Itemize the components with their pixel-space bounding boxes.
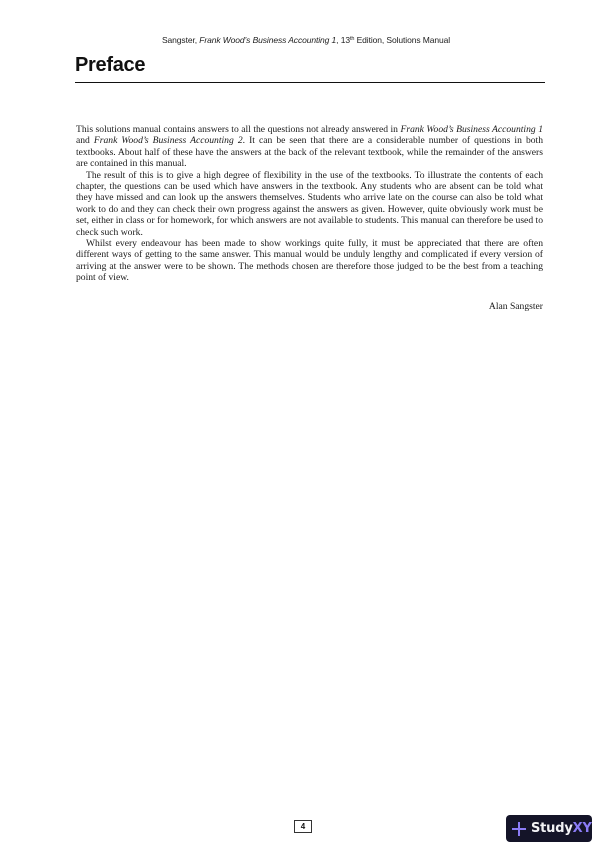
header-edition-rest: Edition, Solutions Manual — [354, 35, 450, 45]
preface-body: This solutions manual contains answers t… — [76, 124, 543, 284]
paragraph-1-text-a: This solutions manual contains answers t… — [76, 124, 400, 135]
book-title-1: Frank Wood’s Business Accounting 1 — [400, 124, 543, 135]
page-number: 4 — [294, 820, 312, 833]
header-author: Sangster, — [162, 35, 199, 45]
page-title: Preface — [75, 54, 145, 77]
book-title-2: Frank Wood’s Business Accounting 2 — [94, 135, 243, 146]
running-header: Sangster, Frank Wood’s Business Accounti… — [0, 35, 612, 45]
paragraph-3: Whilst every endeavour has been made to … — [76, 238, 543, 284]
brand-name: StudyXY — [531, 821, 592, 836]
header-book-title: Frank Wood’s Business Accounting 1 — [199, 35, 336, 45]
studyxy-badge[interactable]: StudyXY — [506, 815, 592, 842]
plus-icon — [512, 822, 526, 836]
author-signature: Alan Sangster — [489, 301, 543, 312]
header-edition: , 13 — [336, 35, 350, 45]
paragraph-1: This solutions manual contains answers t… — [76, 124, 543, 170]
paragraph-1-text-b: and — [76, 135, 94, 146]
title-divider — [75, 82, 545, 83]
brand-name-main: Study — [531, 821, 573, 836]
paragraph-2: The result of this is to give a high deg… — [76, 170, 543, 238]
brand-name-accent: XY — [573, 821, 592, 836]
